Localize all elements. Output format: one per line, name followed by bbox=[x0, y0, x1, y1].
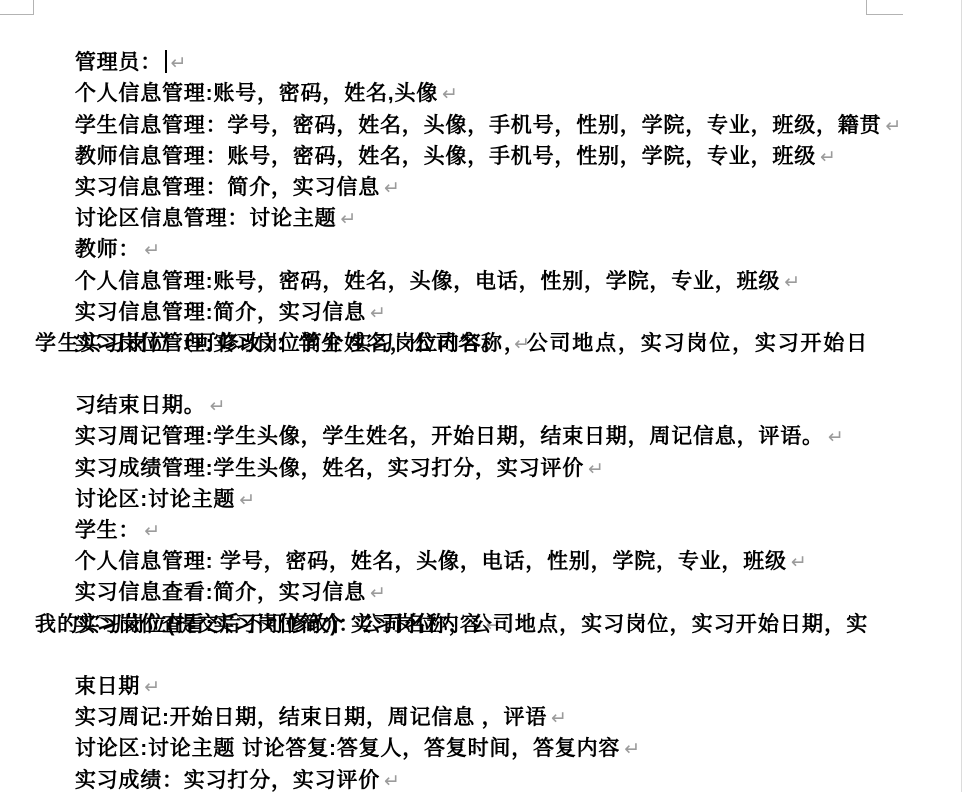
paragraph-mark-icon: ↵ bbox=[438, 83, 458, 105]
paragraph-mark-icon: ↵ bbox=[780, 271, 800, 293]
paragraph-mark-icon: ↵ bbox=[206, 395, 226, 417]
text-line-content: 个人信息管理:账号，密码，姓名，头像，电话，性别，学院，专业，班级 bbox=[75, 270, 780, 293]
text-line-content: 学生： bbox=[75, 519, 140, 542]
text-line-content: 讨论区信息管理：讨论主题 bbox=[75, 207, 337, 230]
text-line-content: 实习周记管理:学生头像，学生姓名，开始日期，结束日期，周记信息，评语。 bbox=[75, 425, 824, 448]
paragraph-mark-icon: ↵ bbox=[881, 115, 901, 137]
paragraph-mark-icon: ↵ bbox=[816, 146, 836, 168]
text-line-content: 习结束日期。 bbox=[75, 394, 206, 417]
paragraph-mark-icon: ↵ bbox=[824, 426, 844, 448]
text-line-content: 束日期 bbox=[75, 675, 140, 698]
text-line-content: 实习信息查看:简介，实习信息 bbox=[75, 581, 366, 604]
text-line-content: 实习信息管理:简介，实习信息 bbox=[75, 301, 366, 324]
text-line-content: 实习成绩：实习打分，实习评价 bbox=[75, 769, 380, 792]
text-line-content: 教师： bbox=[75, 238, 140, 261]
paragraph-mark-icon: ↵ bbox=[620, 738, 640, 760]
text-line-content: 个人信息管理: 学号，密码，姓名，头像，电话，性别，学院，专业，班级 bbox=[75, 550, 787, 573]
text-line-content: 讨论区:讨论主题 讨论答复:答复人，答复时间，答复内容 bbox=[75, 737, 620, 760]
text-line-content: 学生实习岗位（可修改）：学生姓名，公司名称，公司地点，实习岗位，实习开始日期，实 bbox=[35, 332, 868, 359]
paragraph-mark-icon: ↵ bbox=[366, 302, 386, 324]
text-line-content: 实习周记:开始日期，结束日期，周记信息 ，评语 bbox=[75, 706, 547, 729]
paragraph-mark-icon: ↵ bbox=[584, 458, 604, 480]
text-line[interactable]: 管理员：↵ bbox=[35, 16, 868, 47]
paragraph-mark-icon: ↵ bbox=[336, 208, 356, 230]
paragraph-mark-icon: ↵ bbox=[235, 489, 255, 511]
text-line-content: 我的实习岗位(提交后不可修改)：公司名称，公司地点，实习岗位，实习开始日期，实习… bbox=[35, 613, 868, 640]
text-line-content: 管理员： bbox=[75, 51, 162, 74]
text-area[interactable]: 管理员：↵ 个人信息管理:账号，密码，姓名,头像↵ 学生信息管理：学号，密码，姓… bbox=[35, 16, 868, 765]
text-boundary-mark-top-right-icon bbox=[866, 0, 903, 15]
paragraph-mark-icon: ↵ bbox=[167, 52, 187, 74]
text-line-content: 学生信息管理：学号，密码，姓名，头像，手机号，性别，学院，专业，班级，籍贯 bbox=[75, 114, 882, 137]
paragraph-mark-icon: ↵ bbox=[380, 177, 400, 199]
paragraph-mark-icon: ↵ bbox=[547, 707, 567, 729]
paragraph-mark-icon: ↵ bbox=[140, 239, 160, 261]
document-page: 管理员：↵ 个人信息管理:账号，密码，姓名,头像↵ 学生信息管理：学号，密码，姓… bbox=[0, 0, 962, 792]
text-line[interactable]: 学生实习岗位（可修改）：学生姓名，公司名称，公司地点，实习岗位，实习开始日期，实 bbox=[35, 328, 868, 359]
paragraph-mark-icon: ↵ bbox=[380, 770, 400, 792]
text-line-content: 实习成绩管理:学生头像，姓名，实习打分，实习评价 bbox=[75, 457, 584, 480]
text-line[interactable]: 习结束日期。↵ bbox=[35, 359, 868, 390]
text-line[interactable]: 束日期↵ bbox=[35, 640, 868, 671]
text-line-content: 个人信息管理:账号，密码，姓名,头像 bbox=[75, 82, 438, 105]
text-boundary-mark-top-left-icon bbox=[0, 0, 34, 15]
text-line-content: 讨论区:讨论主题 bbox=[75, 488, 235, 511]
text-line-content: 教师信息管理：账号，密码，姓名，头像，手机号，性别，学院，专业，班级 bbox=[75, 145, 816, 168]
paragraph-mark-icon: ↵ bbox=[140, 676, 160, 698]
paragraph-mark-icon: ↵ bbox=[787, 551, 807, 573]
paragraph-mark-icon: ↵ bbox=[366, 582, 386, 604]
text-line-content: 实习信息管理：简介，实习信息 bbox=[75, 176, 380, 199]
text-line[interactable]: 我的实习岗位(提交后不可修改)：公司名称，公司地点，实习岗位，实习开始日期，实习… bbox=[35, 609, 868, 640]
paragraph-mark-icon: ↵ bbox=[140, 520, 160, 542]
